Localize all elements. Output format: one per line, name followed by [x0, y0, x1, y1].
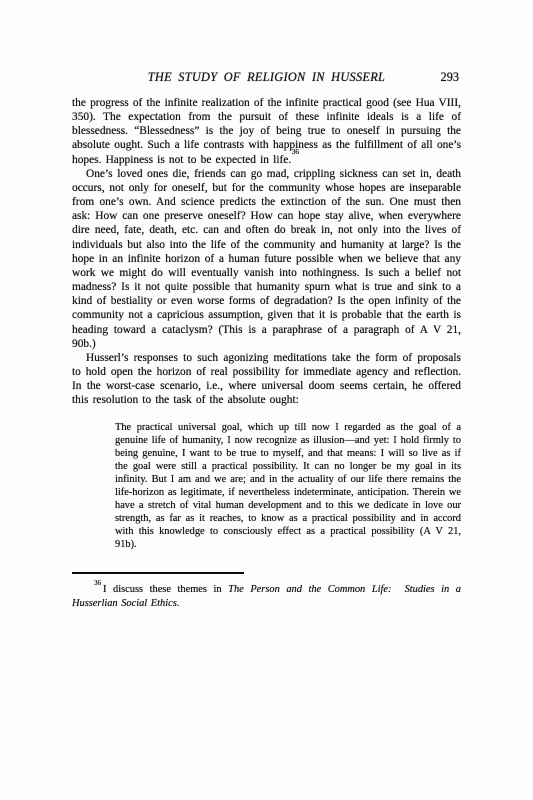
paragraph-continuation: the progress of the infinite realization…	[72, 96, 461, 167]
paragraph-2: One’s loved ones die, friends can go mad…	[72, 167, 461, 351]
running-head: THE STUDY OF RELIGION IN HUSSERL 293	[72, 70, 461, 85]
footnote-marker: 36	[94, 579, 101, 587]
footnote-reference: 36	[292, 147, 299, 156]
footnote-lead-text: I discuss these themes in	[103, 584, 228, 595]
footnote-separator	[72, 572, 244, 574]
block-quote: The practical universal goal, which up t…	[115, 421, 461, 551]
running-head-title: THE STUDY OF RELIGION IN HUSSERL	[72, 70, 461, 85]
text-column: THE STUDY OF RELIGION IN HUSSERL 293 the…	[72, 70, 461, 610]
paragraph-text: the progress of the infinite realization…	[72, 97, 461, 166]
paragraph-3: Husserl’s responses to such agonizing me…	[72, 351, 461, 408]
footnote: 36I discuss these themes in The Person a…	[72, 583, 461, 609]
book-page: THE STUDY OF RELIGION IN HUSSERL 293 the…	[0, 0, 533, 800]
page-number: 293	[441, 70, 459, 85]
footnote-period: .	[177, 598, 180, 609]
